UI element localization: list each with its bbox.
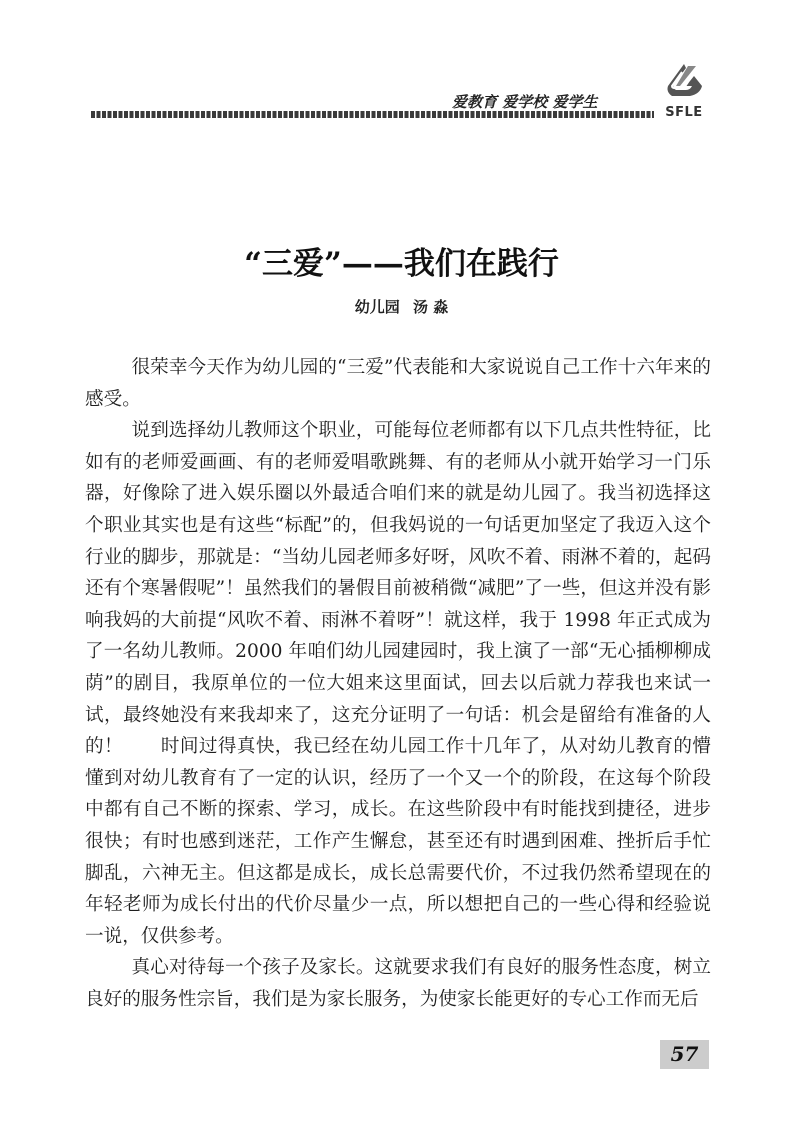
header-dotted-rule — [91, 111, 654, 118]
article-body: 很荣幸今天作为幼儿园的“三爱”代表能和大家说说自己工作十六年来的感受。 说到选择… — [85, 352, 711, 1015]
publisher-logo: SFLE — [660, 62, 708, 120]
sfle-swirl-logo-icon — [660, 62, 708, 104]
paragraph: 很荣幸今天作为幼儿园的“三爱”代表能和大家说说自己工作十六年来的感受。 — [85, 352, 711, 415]
logo-text: SFLE — [660, 105, 708, 120]
page-number: 57 — [660, 1040, 709, 1069]
article-byline: 幼儿园 汤 淼 — [0, 296, 803, 317]
article-title: “三爱”——我们在践行 — [0, 238, 803, 283]
byline-author: 汤 淼 — [413, 298, 448, 316]
byline-unit: 幼儿园 — [355, 298, 400, 316]
paragraph: 说到选择幼儿教师这个职业，可能每位老师都有以下几点共性特征，比如有的老师爱画画、… — [85, 415, 711, 952]
header-slogan: 爱教育 爱学校 爱学生 — [452, 91, 597, 112]
paragraph: 真心对待每一个孩子及家长。这就要求我们有良好的服务性态度，树立良好的服务性宗旨，… — [85, 952, 711, 1015]
